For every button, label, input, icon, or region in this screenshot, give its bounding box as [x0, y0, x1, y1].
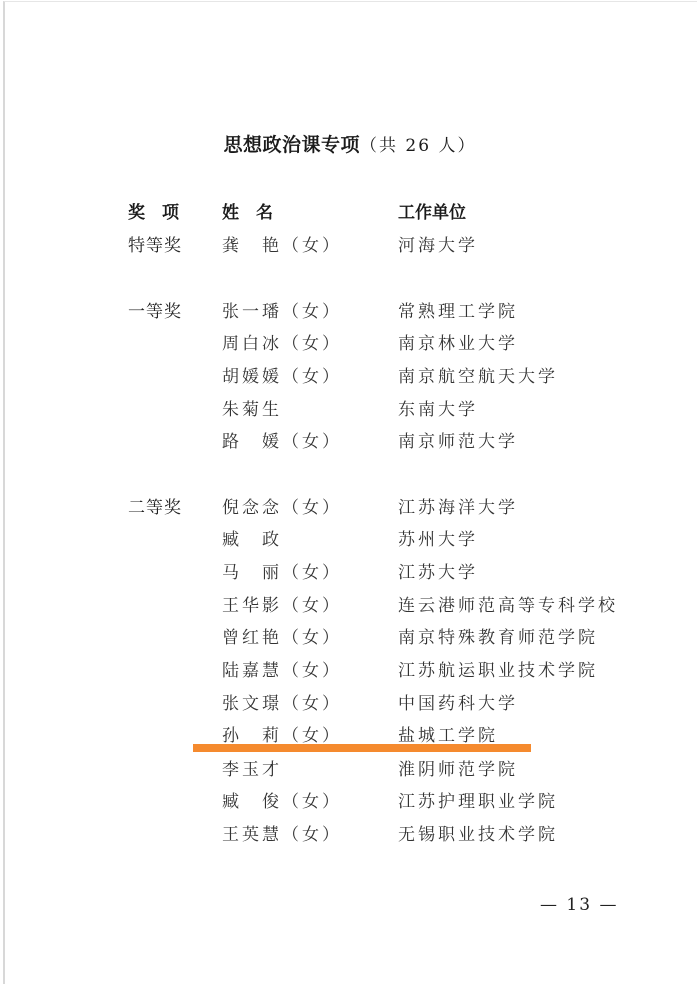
unit-cell: 常熟理工学院: [398, 297, 518, 322]
name-cell: 张一璠（女）: [222, 297, 342, 322]
unit-cell: 中国药科大学: [398, 689, 518, 714]
name-cell: 陆嘉慧（女）: [222, 656, 342, 681]
unit-cell: 南京航空航天大学: [398, 362, 558, 387]
award-cell: 二等奖: [128, 493, 182, 518]
table-row: 王华影（女） 连云港师范高等专科学校: [0, 591, 700, 617]
unit-cell: 江苏海洋大学: [398, 493, 518, 518]
unit-cell: 连云港师范高等专科学校: [398, 591, 618, 616]
table-row: 一等奖 张一璠（女） 常熟理工学院: [0, 297, 700, 323]
table-row: 王英慧（女） 无锡职业技术学院: [0, 820, 700, 846]
unit-cell: 淮阴师范学院: [398, 755, 518, 780]
unit-cell: 苏州大学: [398, 525, 478, 550]
name-cell: 路 媛（女）: [222, 427, 342, 452]
table-row: 曾红艳（女） 南京特殊教育师范学院: [0, 623, 700, 649]
name-cell: 李玉才: [222, 755, 282, 780]
page-number: — 13 —: [540, 895, 618, 915]
name-cell: 龚 艳（女）: [222, 231, 342, 256]
table-header: 奖 项 姓 名 工作单位: [0, 198, 700, 222]
title-text: 思想政治课专项: [224, 134, 361, 156]
name-cell: 马 丽（女）: [222, 558, 342, 583]
table-row: 特等奖 龚 艳（女） 河海大学: [0, 231, 700, 257]
section-title: 思想政治课专项（共 26 人）: [0, 130, 700, 157]
count-note: （共 26 人）: [360, 136, 476, 156]
table-row: 周白冰（女） 南京林业大学: [0, 329, 700, 355]
table-row: 臧 俊（女） 江苏护理职业学院: [0, 787, 700, 813]
name-cell: 朱菊生: [222, 395, 282, 420]
table-row: 路 媛（女） 南京师范大学: [0, 427, 700, 453]
orange-underline-highlight: [193, 744, 531, 752]
table-row: 二等奖 倪念念（女） 江苏海洋大学: [0, 493, 700, 519]
table-row: 李玉才 淮阴师范学院: [0, 755, 700, 781]
name-cell: 孙 莉（女）: [222, 721, 342, 746]
unit-cell: 东南大学: [398, 395, 478, 420]
header-name: 姓 名: [222, 198, 273, 223]
unit-cell: 江苏航运职业技术学院: [398, 656, 598, 681]
unit-cell: 无锡职业技术学院: [398, 820, 558, 845]
award-cell: 一等奖: [128, 297, 182, 322]
unit-cell: 河海大学: [398, 231, 478, 256]
table-row: 臧 政 苏州大学: [0, 525, 700, 551]
name-cell: 王华影（女）: [222, 591, 342, 616]
name-cell: 张文璟（女）: [222, 689, 342, 714]
name-cell: 曾红艳（女）: [222, 623, 342, 648]
unit-cell: 盐城工学院: [398, 721, 498, 746]
name-cell: 胡媛媛（女）: [222, 362, 342, 387]
table-row: 张文璟（女） 中国药科大学: [0, 689, 700, 715]
name-cell: 倪念念（女）: [222, 493, 342, 518]
header-award: 奖 项: [128, 198, 179, 223]
name-cell: 周白冰（女）: [222, 329, 342, 354]
unit-cell: 南京特殊教育师范学院: [398, 623, 598, 648]
name-cell: 臧 政: [222, 525, 282, 550]
award-cell: 特等奖: [128, 231, 182, 256]
name-cell: 王英慧（女）: [222, 820, 342, 845]
unit-cell: 南京林业大学: [398, 329, 518, 354]
table-row: 马 丽（女） 江苏大学: [0, 558, 700, 584]
table-row: 陆嘉慧（女） 江苏航运职业技术学院: [0, 656, 700, 682]
unit-cell: 南京师范大学: [398, 427, 518, 452]
unit-cell: 江苏大学: [398, 558, 478, 583]
name-cell: 臧 俊（女）: [222, 787, 342, 812]
header-unit: 工作单位: [398, 198, 466, 223]
table-row: 朱菊生 东南大学: [0, 395, 700, 421]
unit-cell: 江苏护理职业学院: [398, 787, 558, 812]
table-row: 胡媛媛（女） 南京航空航天大学: [0, 362, 700, 388]
